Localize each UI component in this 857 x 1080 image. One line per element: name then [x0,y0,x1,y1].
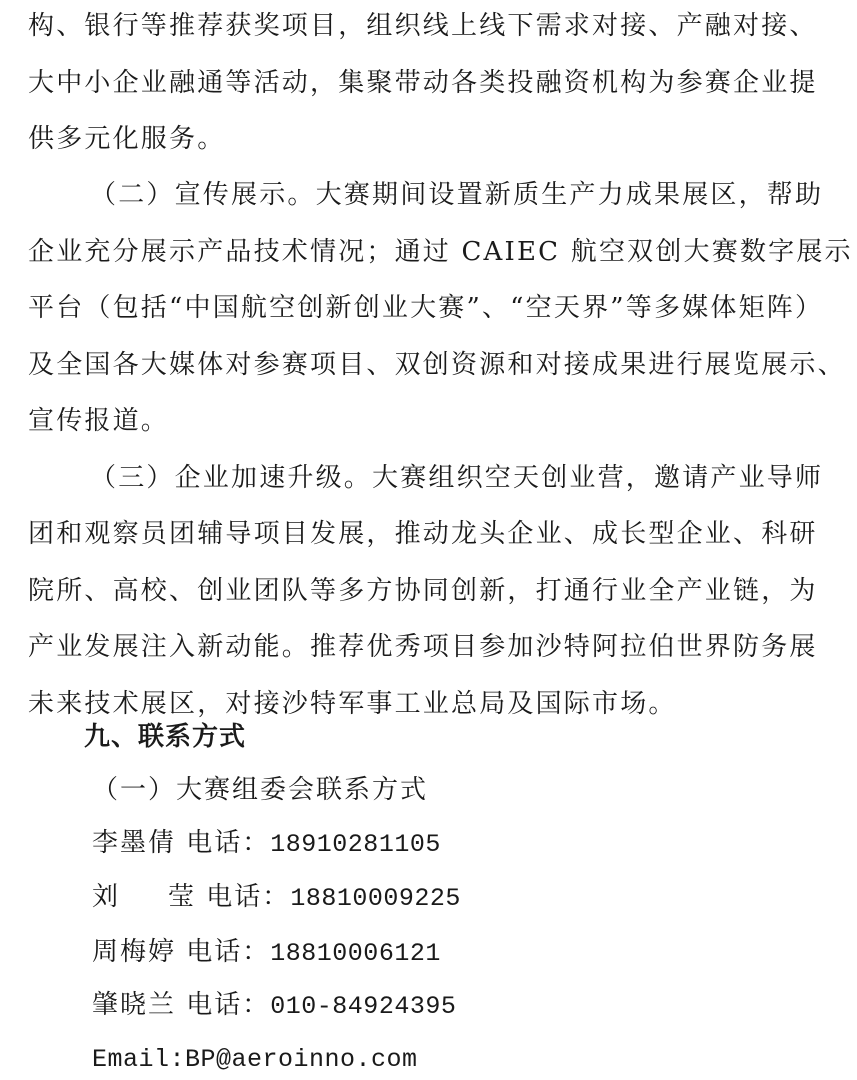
phone-number: 18810006121 [270,939,441,968]
contact-name-part: 莹 [168,882,196,912]
paragraph-line: （二）宣传展示。大赛期间设置新质生产力成果展区，帮助 [90,178,823,212]
contact-row: 肇晓兰 电话：010-84924395 [92,988,456,1024]
paragraph-line: 平台（包括“中国航空创新创业大赛”、“空天界”等多媒体矩阵） [28,291,823,325]
section-heading: 九、联系方式 [84,720,246,754]
contact-row: 周梅婷 电话：18810006121 [92,935,441,971]
phone-number: 18810009225 [290,884,461,913]
contact-name-part: 刘 [92,882,120,912]
phone-number: 18910281105 [270,830,441,859]
paragraph-line: 构、银行等推荐获奖项目，组织线上线下需求对接、产融对接、 [28,9,818,43]
contact-name: 李墨倩 [92,828,176,858]
paragraph-line: 供多元化服务。 [28,122,225,156]
paragraph-line: （三）企业加速升级。大赛组织空天创业营，邀请产业导师 [90,461,823,495]
document-page: 构、银行等推荐获奖项目，组织线上线下需求对接、产融对接、 大中小企业融通等活动，… [0,0,857,1080]
paragraph-line: 院所、高校、创业团队等多方协同创新，打通行业全产业链，为 [28,574,818,608]
phone-label: 电话： [186,828,270,858]
phone-label: 电话： [186,937,270,967]
contact-row: 李墨倩 电话：18910281105 [92,826,441,862]
paragraph-line: 企业充分展示产品技术情况；通过 CAIEC 航空双创大赛数字展示 [28,235,853,269]
contact-name: 刘莹 [92,882,196,912]
paragraph-line: 及全国各大媒体对参赛项目、双创资源和对接成果进行展览展示、 [28,348,846,382]
email-label: Email: [92,1045,185,1074]
phone-number: 010-84924395 [270,992,456,1021]
phone-label: 电话： [206,882,290,912]
email-row: Email:BP@aeroinno.com [92,1043,418,1077]
paragraph-line: 产业发展注入新动能。推荐优秀项目参加沙特阿拉伯世界防务展 [28,630,818,664]
phone-label: 电话： [186,990,270,1020]
paragraph-line: 未来技术展区，对接沙特军事工业总局及国际市场。 [28,687,677,721]
contact-name: 肇晓兰 [92,990,176,1020]
subsection-heading: （一）大赛组委会联系方式 [92,773,428,807]
contact-name: 周梅婷 [92,937,176,967]
paragraph-line: 宣传报道。 [28,404,169,438]
email-address[interactable]: BP@aeroinno.com [185,1045,418,1074]
paragraph-line: 大中小企业融通等活动，集聚带动各类投融资机构为参赛企业提 [28,66,818,100]
contact-row: 刘莹 电话：18810009225 [92,880,461,916]
paragraph-line: 团和观察员团辅导项目发展，推动龙头企业、成长型企业、科研 [28,517,818,551]
